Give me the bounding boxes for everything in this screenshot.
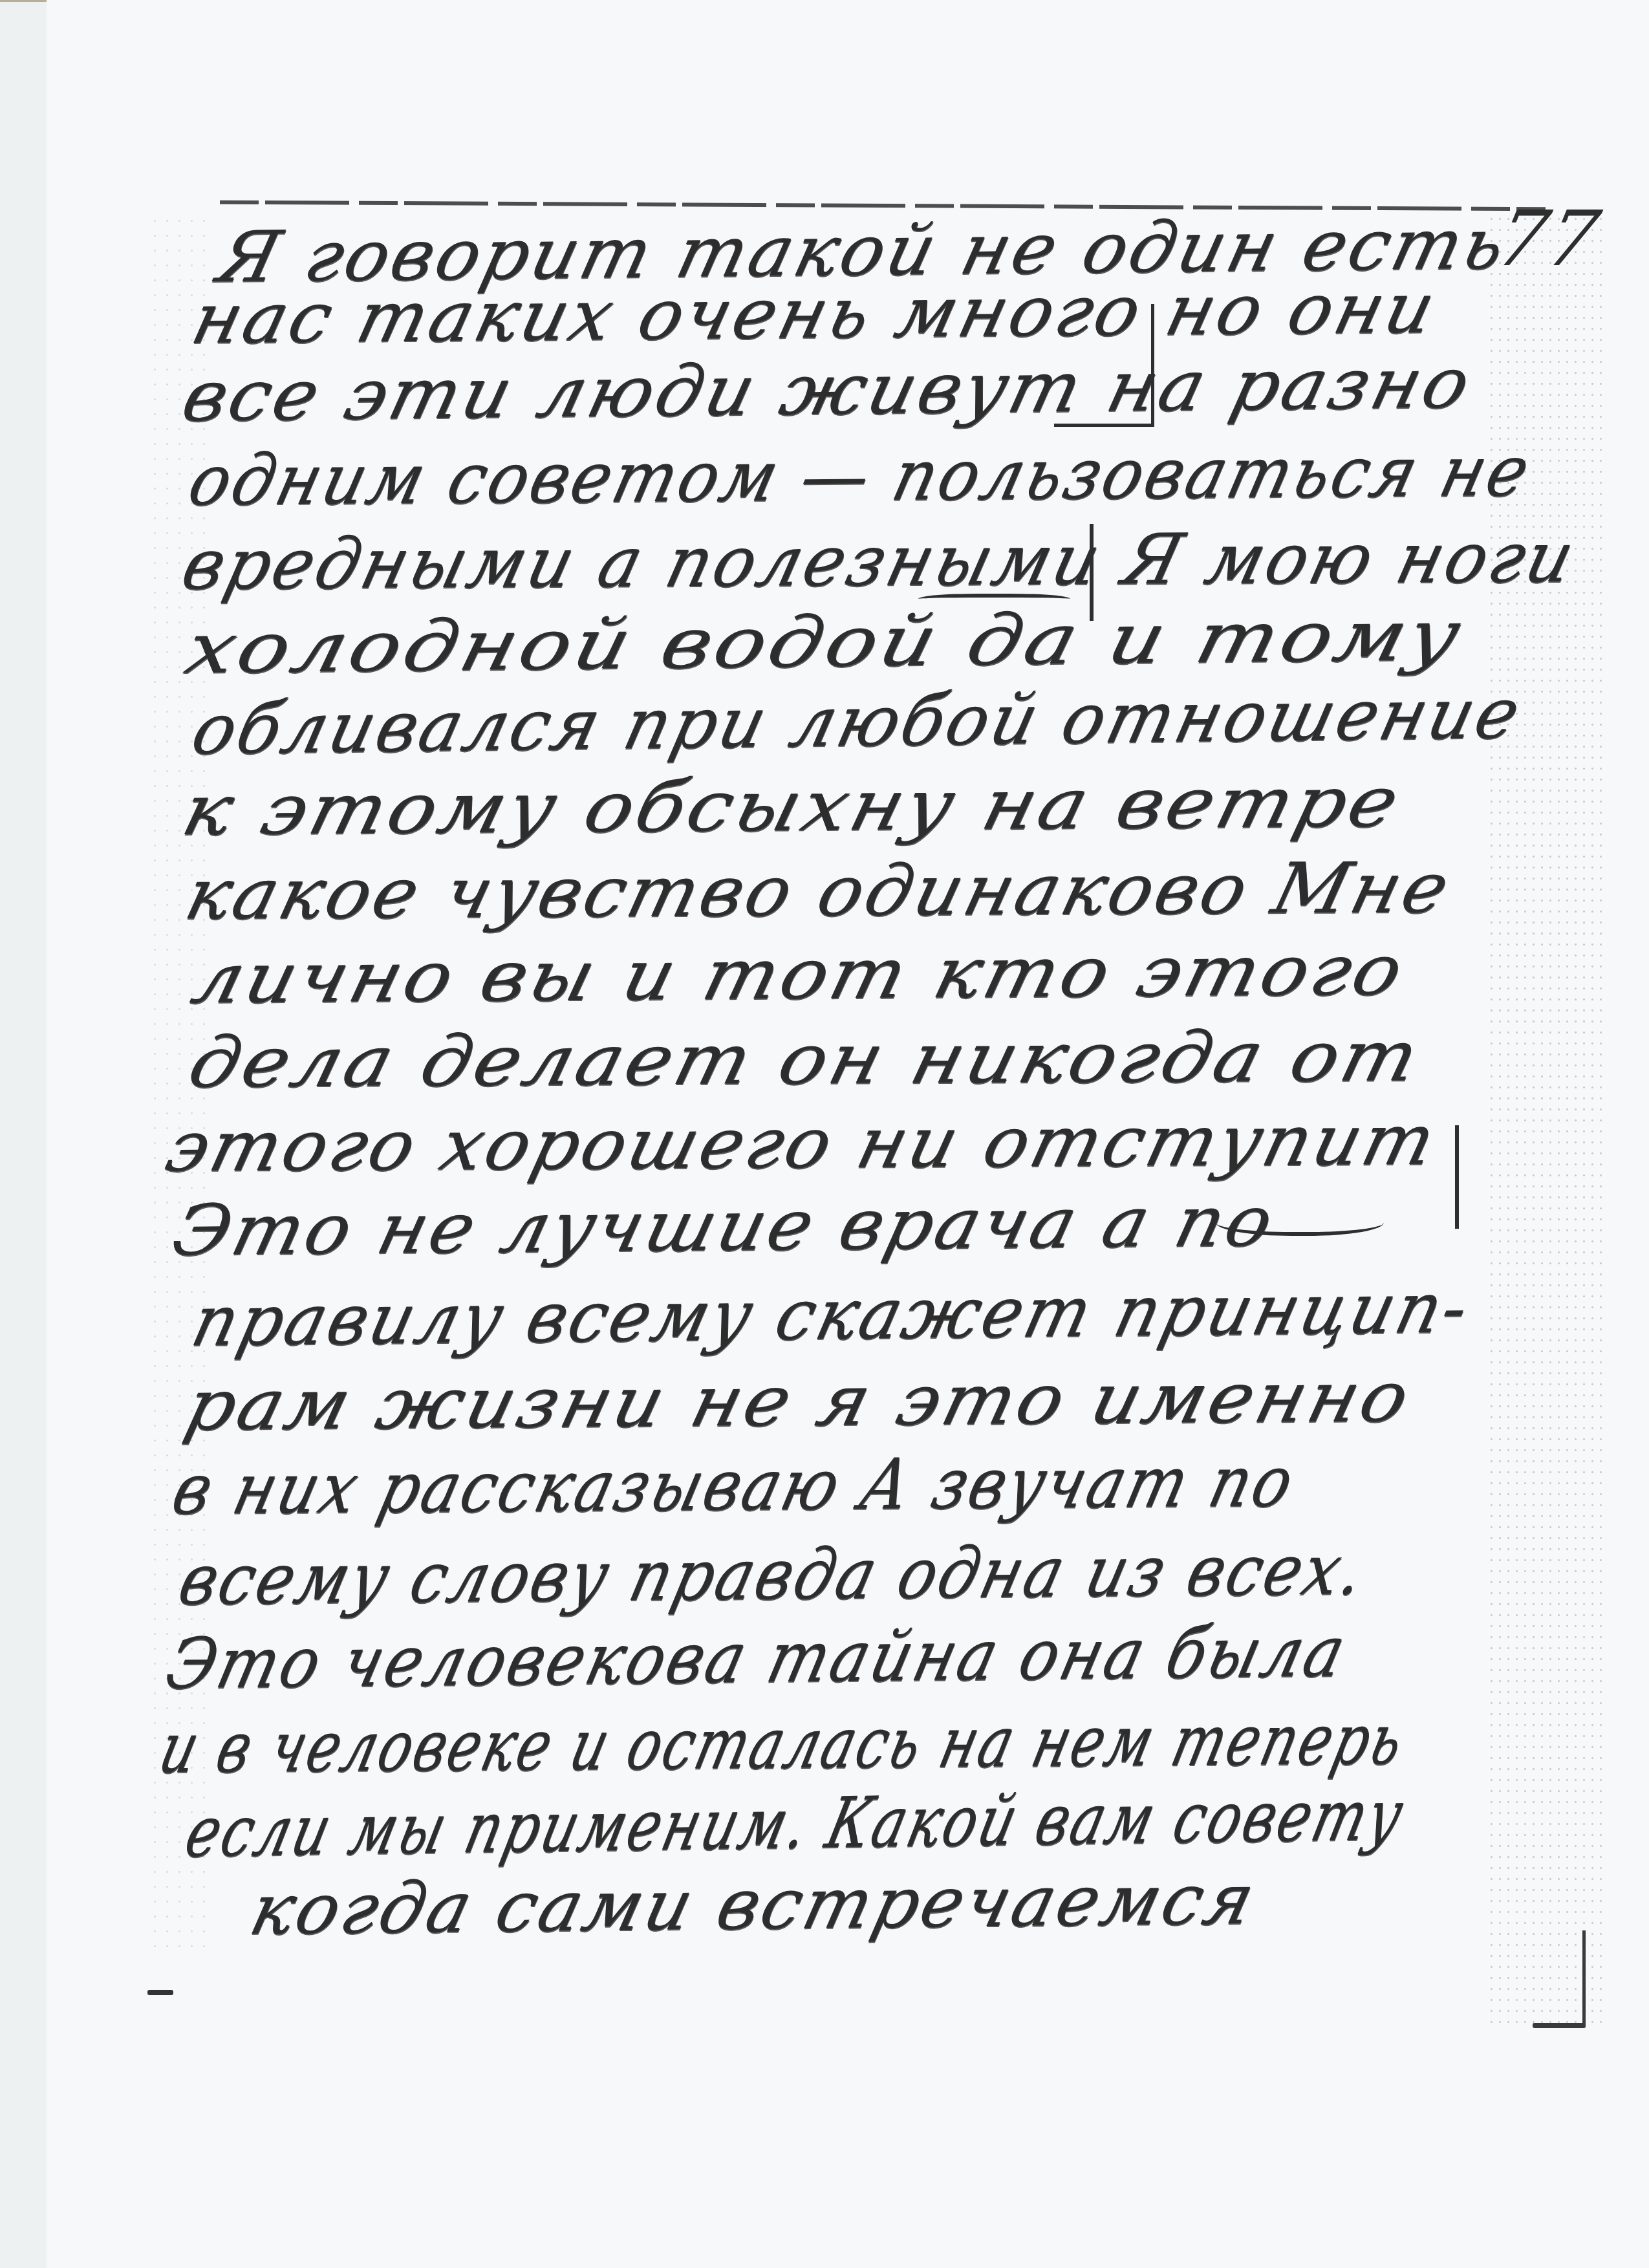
text-line: все эти люди живут на разно [176, 349, 1479, 432]
text-line: всему слову правда одна из всех. [173, 1535, 1373, 1615]
text-line: в них рассказываю А звучат по [166, 1447, 1302, 1525]
underline-mark [1216, 1206, 1384, 1236]
text-line: какое чувство одинаково Мне [179, 854, 1458, 930]
text-line: когда сами встречаемся [244, 1865, 1263, 1946]
text-line: Это человекова тайна она была [160, 1617, 1353, 1700]
underline-mark [918, 594, 1070, 607]
text-line: рам жизни не я это именно [179, 1363, 1418, 1441]
text-line: одним советом — пользоваться не [182, 437, 1538, 516]
bracket-mark [1455, 1125, 1459, 1229]
bracket-mark [1151, 304, 1154, 427]
text-line: лично вы и тот кто этого [186, 936, 1412, 1014]
text-line: правилу всему скажет принцип- [186, 1273, 1477, 1357]
bracket-mark [1054, 424, 1151, 427]
text-line: холодной водой да и тому [179, 601, 1470, 684]
text-line: Это не лучшие врача а по [166, 1187, 1282, 1266]
text-line: к этому обсыхну на ветре [176, 768, 1408, 846]
text-line: обливался при любой отношение [186, 679, 1528, 765]
text-line: и в человеке и осталась на нем теперь [153, 1705, 1412, 1784]
text-line: дела делает он никогда от [182, 1022, 1428, 1098]
handwritten-text: Я говорит такой не один есть нас таких о… [0, 0, 1649, 2268]
bracket-mark [1090, 524, 1094, 621]
text-line: вредными а полезными Я мою ноги [176, 523, 1583, 600]
text-line: если мы применим. Какой вам совету [179, 1781, 1411, 1868]
text-line: этого хорошего ни отступит [160, 1106, 1444, 1182]
text-line: нас таких очень много но они [186, 274, 1443, 354]
